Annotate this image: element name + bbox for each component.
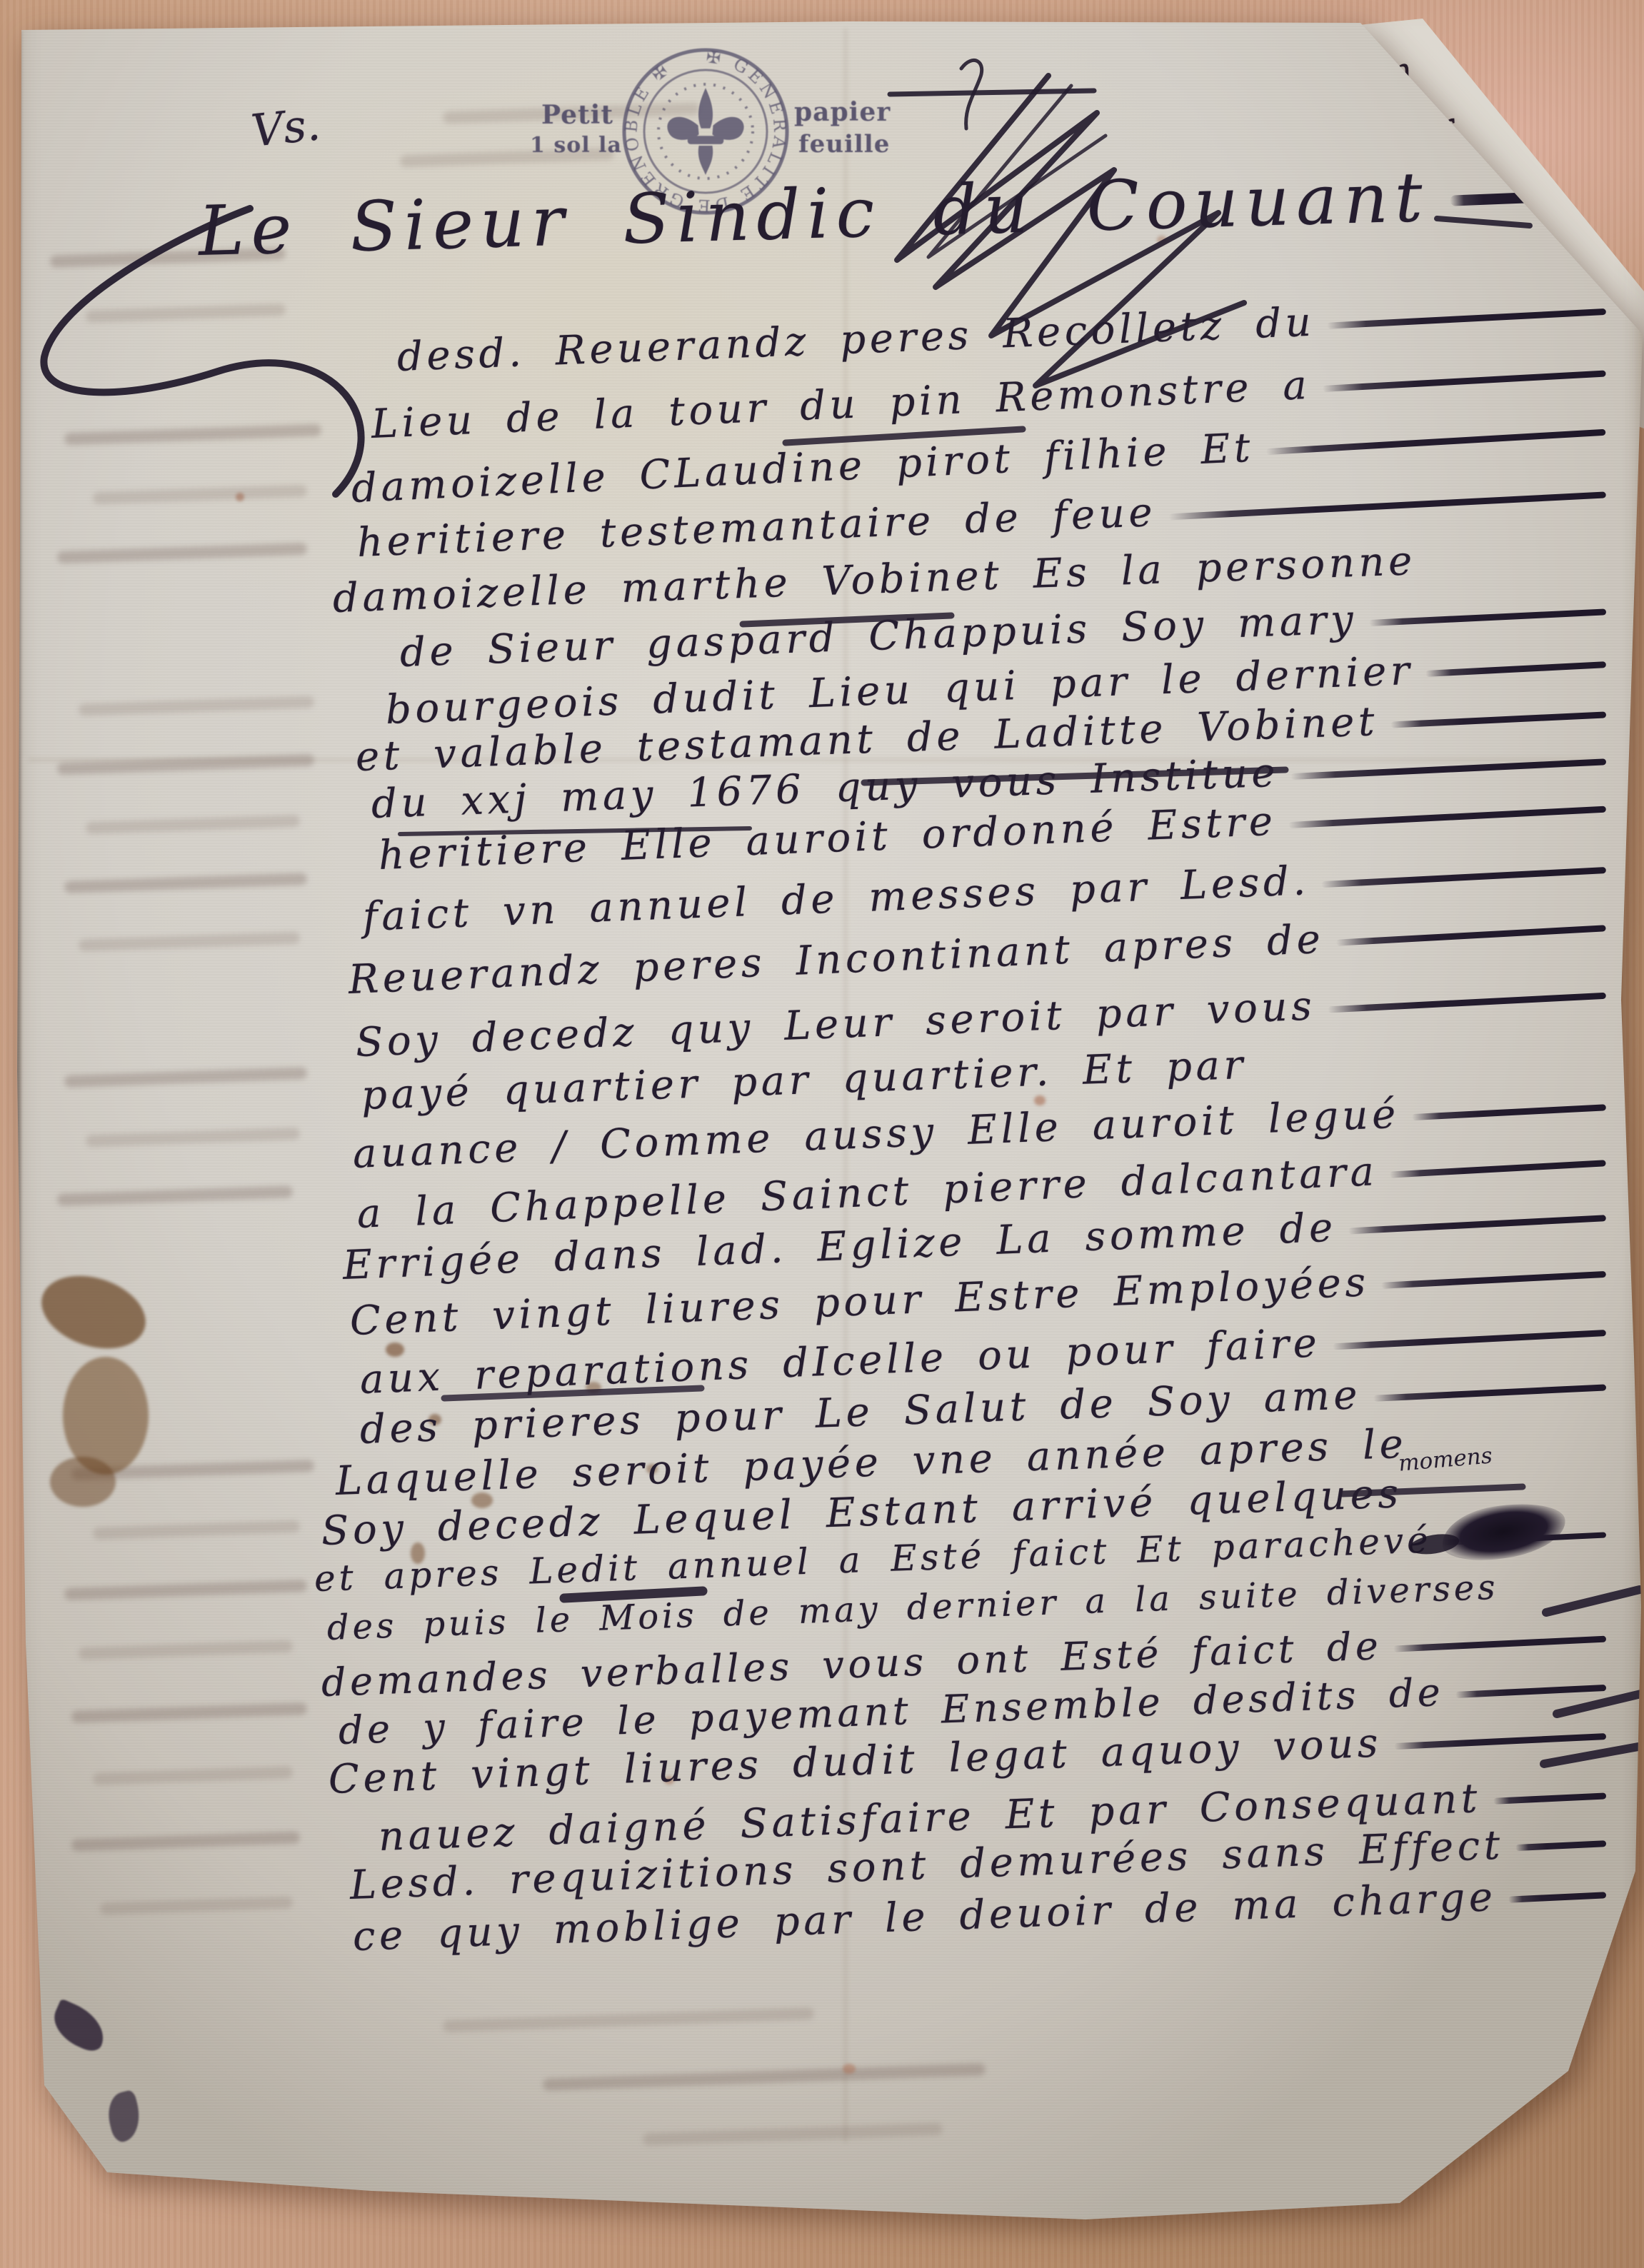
paper-sheet: ✠ GENERALITE DE GRENOBLE ✠ Petit 1 sol l… — [0, 0, 1644, 2268]
line-filler-dash — [1381, 1271, 1606, 1289]
line-filler-dash — [1450, 191, 1548, 206]
line-filler-dash — [1493, 1792, 1607, 1804]
line-filler-dash — [1369, 608, 1606, 626]
line-filler-dash — [1455, 1685, 1606, 1698]
line-filler-dash — [1412, 1104, 1606, 1120]
line-filler-dash — [1328, 993, 1606, 1013]
line-filler-dash — [1333, 1330, 1606, 1350]
line-filler-dash — [1327, 308, 1606, 329]
line-filler-dash — [1425, 661, 1606, 677]
line-filler-dash — [1288, 806, 1606, 828]
line-filler-dash — [1390, 711, 1607, 728]
paper-shadow-wrap: ✠ GENERALITE DE GRENOBLE ✠ Petit 1 sol l… — [0, 0, 1644, 2268]
line-filler-dash — [1168, 491, 1606, 520]
manuscript-text: Le Sieur Sindic du Couuantdesd. Reuerand… — [0, 0, 1644, 2268]
manuscript-line: Le Sieur Sindic du Couuant — [197, 154, 1548, 271]
line-filler-dash — [1321, 867, 1606, 888]
manuscript-line-text: Le Sieur Sindic du Couuant — [197, 157, 1430, 271]
line-filler-dash — [1390, 1160, 1606, 1178]
line-filler-dash — [1508, 1892, 1606, 1902]
photo-scene: nfre — [0, 0, 1644, 2268]
line-filler-dash — [1348, 1215, 1606, 1234]
line-filler-dash — [1394, 1733, 1606, 1750]
line-filler-dash — [1323, 371, 1606, 392]
line-filler-dash — [1291, 758, 1606, 780]
line-filler-dash — [1373, 1384, 1606, 1401]
line-filler-dash — [1393, 1636, 1606, 1652]
line-filler-dash — [1266, 429, 1606, 455]
line-filler-dash — [1336, 925, 1606, 945]
line-filler-dash — [1515, 1840, 1606, 1851]
